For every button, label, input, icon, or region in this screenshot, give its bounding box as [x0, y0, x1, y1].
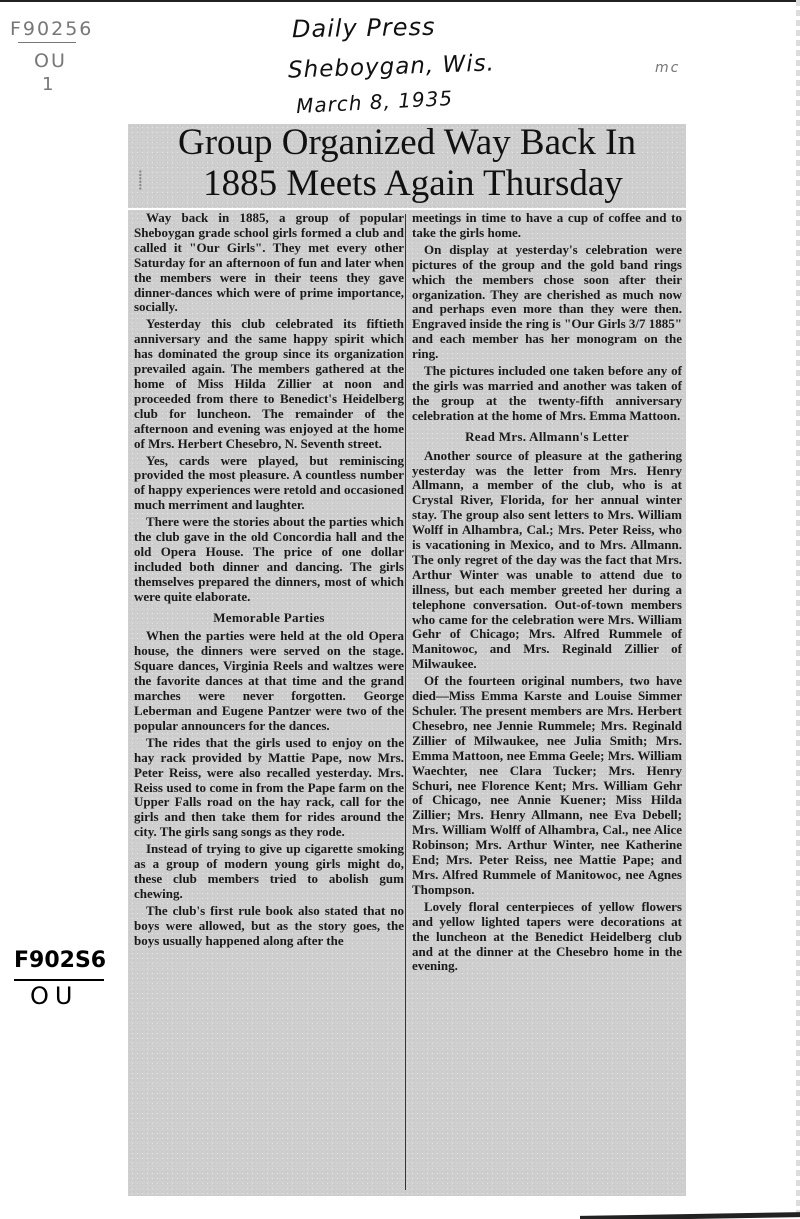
paragraph: When the parties were held at the old Op… — [134, 629, 404, 733]
paragraph: On display at yesterday's celebration we… — [412, 243, 682, 362]
headline-line-1: Group Organized Way Back In — [178, 122, 636, 163]
article-headline: Group Organized Way Back In 1885 Meets A… — [128, 122, 686, 204]
scan-top-edge — [0, 0, 800, 2]
archive-code-ink: F902S6 — [14, 948, 106, 973]
subhead-memorable-parties: Memorable Parties — [134, 611, 404, 626]
scan-bottom-edge — [580, 1212, 800, 1219]
paragraph: Another source of pleasure at the gather… — [412, 449, 682, 673]
subhead-allmann-letter: Read Mrs. Allmann's Letter — [412, 430, 682, 445]
archive-code-underline — [18, 42, 76, 43]
publication-handwritten: Daily Press — [292, 13, 436, 43]
archive-code-ink-underline — [14, 979, 104, 981]
scan-right-edge — [796, 0, 800, 1219]
paragraph: Yes, cards were played, but reminiscing … — [134, 454, 404, 514]
paragraph: There were the stories about the parties… — [134, 515, 404, 604]
paragraph: Yesterday this club celebrated its fifti… — [134, 317, 404, 451]
paragraph: Way back in 1885, a group of popular She… — [134, 211, 404, 315]
column-divider — [405, 214, 406, 1190]
archive-code-pencil: F90256 — [10, 18, 93, 40]
location-handwritten: Sheboygan, Wis. — [288, 50, 496, 83]
article-column-left: Way back in 1885, a group of popular She… — [134, 211, 404, 949]
paragraph: The club's first rule book also stated t… — [134, 904, 404, 949]
headline-line-2: 1885 Meets Again Thursday — [128, 163, 686, 204]
paragraph: The rides that the girls used to enjoy o… — [134, 736, 404, 840]
paragraph: The pictures included one taken before a… — [412, 364, 682, 424]
paragraph: Lovely floral centerpieces of yellow flo… — [412, 900, 682, 975]
paragraph: Instead of trying to give up cigarette s… — [134, 842, 404, 902]
date-handwritten: March 8, 1935 — [295, 86, 453, 118]
initials-pencil: mc — [655, 60, 680, 76]
paragraph: Of the fourteen original numbers, two ha… — [412, 674, 682, 898]
archive-sub-ink: OU — [30, 982, 78, 1010]
archive-number-pencil: 1 — [42, 74, 55, 95]
article-column-right: meetings in time to have a cup of coffee… — [412, 211, 682, 974]
paragraph: meetings in time to have a cup of coffee… — [412, 211, 682, 241]
archive-sub-pencil: OU — [34, 50, 67, 72]
